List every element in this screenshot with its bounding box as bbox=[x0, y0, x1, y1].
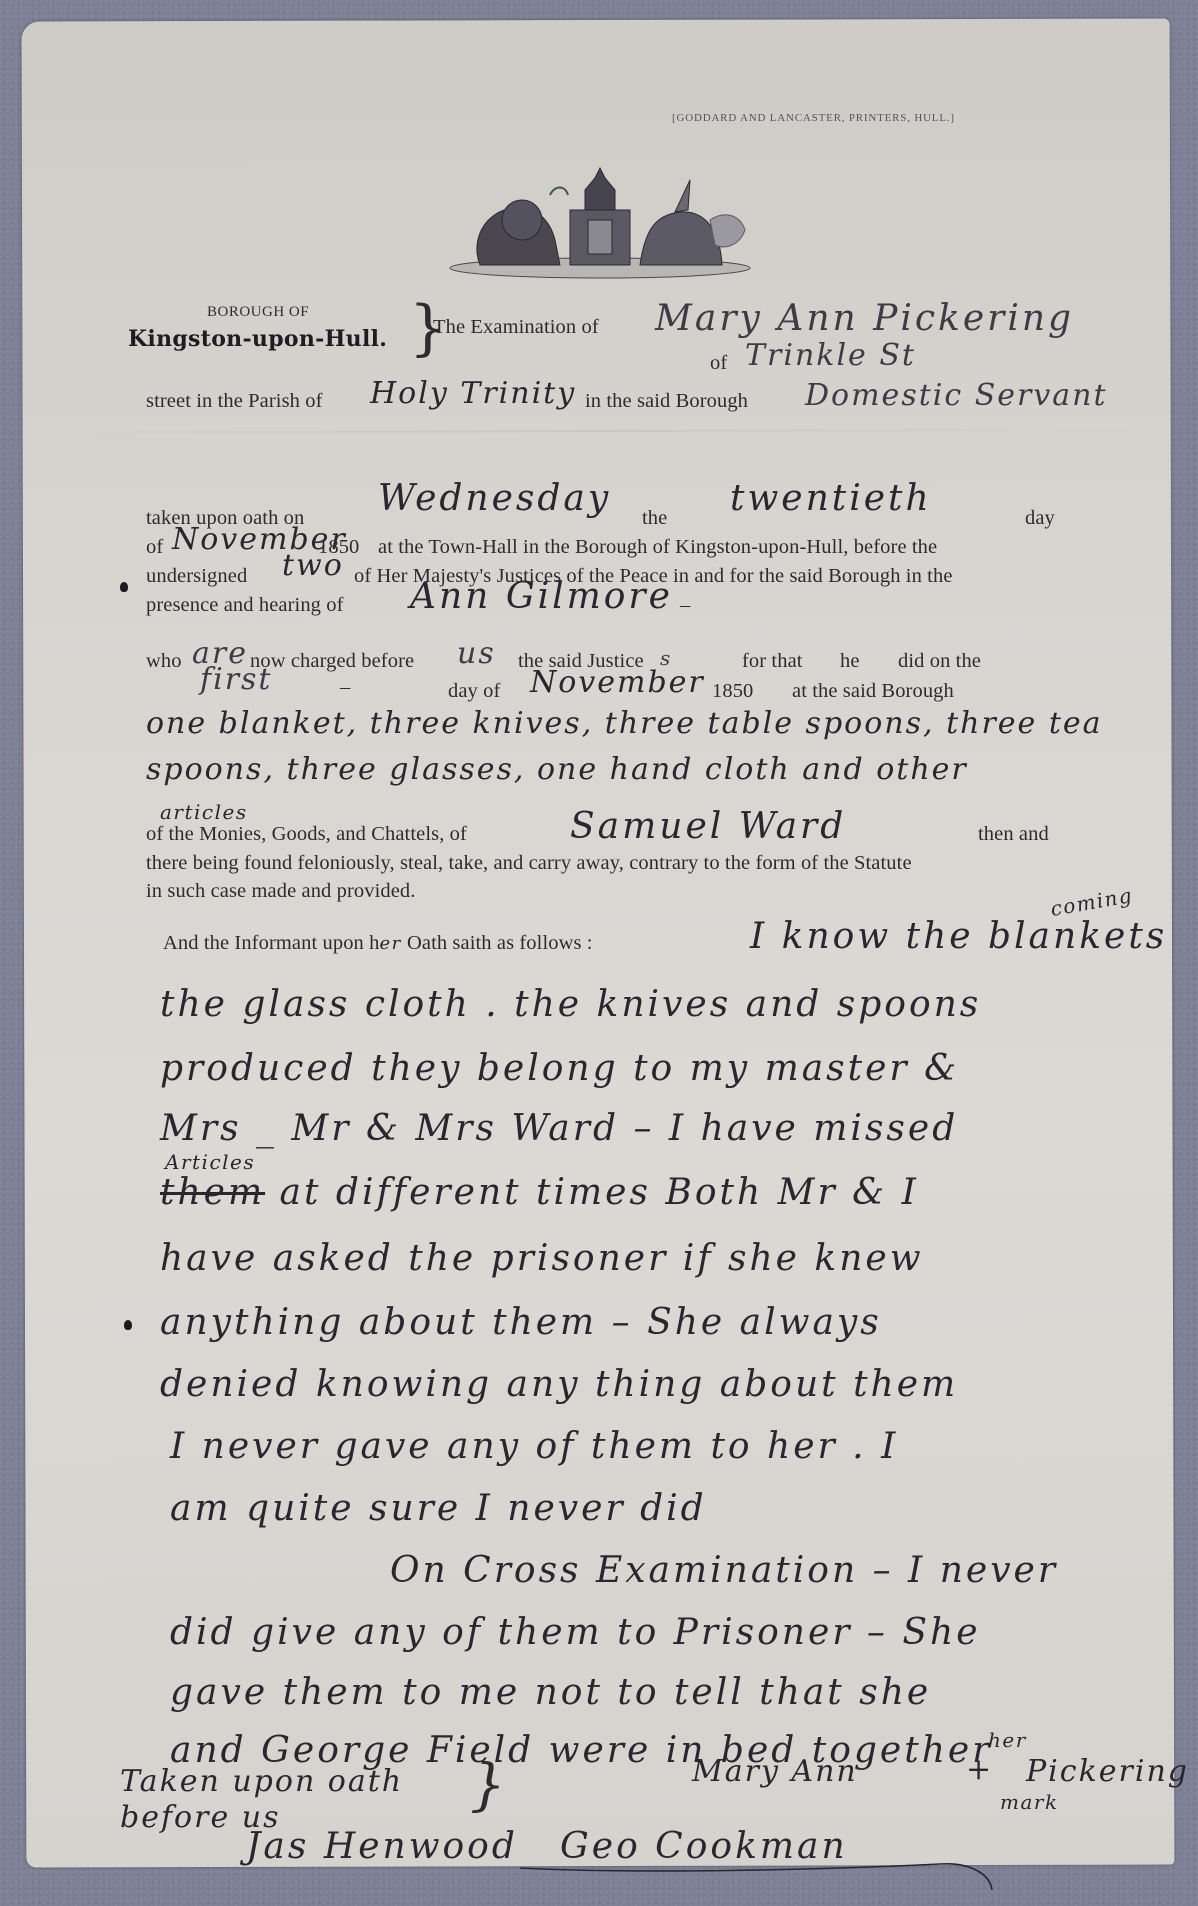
testimony-intro-rest: Oath saith as follows : bbox=[402, 932, 593, 954]
he-label: he bbox=[840, 650, 860, 673]
townhall-text: at the Town-Hall in the Borough of Kings… bbox=[378, 536, 937, 559]
then-and-label: then and bbox=[978, 823, 1049, 846]
street-prefix: street in the Parish of bbox=[146, 390, 323, 413]
testimony-line-9: I never gave any of them to her . I bbox=[170, 1426, 898, 1467]
her-label: her bbox=[988, 1728, 1027, 1752]
address-value: Trinkle St bbox=[745, 338, 916, 373]
signature-flourish bbox=[520, 1860, 1000, 1900]
testimony-line-8: denied knowing any thing about them bbox=[160, 1364, 958, 1405]
offence-month-value: November bbox=[530, 665, 705, 700]
presence-label: presence and hearing of bbox=[146, 594, 344, 617]
printer-imprint: [GODDARD AND LANCASTER, PRINTERS, HULL.] bbox=[672, 112, 955, 124]
accused-dash: – bbox=[680, 594, 690, 617]
testimony-intro-her: er bbox=[379, 933, 401, 954]
weekday-value: Wednesday bbox=[378, 478, 611, 519]
testimony-line-2: the glass cloth . the knives and spoons bbox=[160, 984, 981, 1025]
borough-name: Kingston-upon-Hull. bbox=[128, 326, 387, 352]
justice-signature-1: Jas Henwood bbox=[246, 1826, 518, 1867]
informant-surname: Pickering bbox=[1026, 1754, 1189, 1789]
mark-symbol: + bbox=[966, 1752, 993, 1787]
taken-line-1: Taken upon oath bbox=[120, 1764, 403, 1799]
parish-value: Holy Trinity bbox=[370, 376, 576, 411]
testimony-line-12: did give any of them to Prisoner – She bbox=[170, 1612, 981, 1653]
day-label: day bbox=[1025, 507, 1055, 530]
royal-coat-of-arms-icon bbox=[440, 150, 760, 285]
occupation-value: Domestic Servant bbox=[805, 378, 1108, 413]
statute-line-2: in such case made and provided. bbox=[146, 880, 416, 903]
goods-label: of the Monies, Goods, and Chattels, of bbox=[146, 823, 467, 846]
paper-fold bbox=[23, 428, 1171, 433]
borough-of-label: BOROUGH OF bbox=[207, 304, 309, 321]
examination-label: The Examination of bbox=[433, 316, 599, 339]
testimony-line-1: I know the blankets bbox=[750, 916, 1167, 957]
testimony-line-13: gave them to me not to tell that she bbox=[170, 1672, 931, 1713]
did-on-the-label: did on the bbox=[898, 650, 981, 673]
offence-year-value: 1850 bbox=[712, 680, 753, 703]
testimony-line-7: anything about them – She always bbox=[160, 1302, 882, 1343]
accused-name: Ann Gilmore bbox=[410, 576, 673, 617]
before-whom-value: us bbox=[457, 636, 496, 671]
day-of-label: day of bbox=[448, 680, 500, 703]
testimony-line-4: Mrs _ Mr & Mrs Ward – I have missed bbox=[160, 1108, 958, 1149]
of-label: of bbox=[710, 352, 727, 375]
struck-word: them bbox=[160, 1172, 265, 1213]
signature-brace: } bbox=[470, 1758, 506, 1814]
justice-count-value: two bbox=[282, 548, 344, 583]
insert-articles: Articles bbox=[165, 1150, 255, 1174]
owner-name: Samuel Ward bbox=[570, 806, 846, 847]
testimony-line-5: them at different times Both Mr & I bbox=[160, 1172, 919, 1213]
offence-dash: – bbox=[340, 676, 350, 699]
testimony-line-5-text: at different times Both Mr & I bbox=[280, 1172, 919, 1213]
items-line-2: spoons, three glasses, one hand cloth an… bbox=[146, 752, 968, 787]
testimony-line-10: am quite sure I never did bbox=[170, 1488, 707, 1529]
items-insert: articles bbox=[160, 800, 248, 824]
the-label: the bbox=[642, 507, 667, 530]
ink-blot bbox=[124, 1320, 132, 1330]
offence-day-value: first bbox=[200, 662, 273, 697]
at-borough-label: at the said Borough bbox=[792, 680, 954, 703]
who-label: who bbox=[146, 650, 182, 673]
now-charged-label: now charged before bbox=[250, 650, 414, 673]
mark-label: mark bbox=[1000, 1790, 1059, 1814]
testimony-intro: And the Informant upon her Oath saith as… bbox=[163, 932, 593, 955]
testimony-line-6: have asked the prisoner if she knew bbox=[160, 1238, 924, 1279]
day-ordinal-value: twentieth bbox=[730, 478, 932, 519]
testimony-line-11: On Cross Examination – I never bbox=[390, 1550, 1058, 1591]
statute-line-1: there being found feloniously, steal, ta… bbox=[146, 852, 912, 875]
testimony-intro-start: And the Informant upon h bbox=[163, 932, 379, 954]
items-line-1: one blanket, three knives, three table s… bbox=[146, 706, 1103, 741]
in-borough-label: in the said Borough bbox=[585, 390, 748, 413]
of-month-label: of bbox=[146, 536, 163, 559]
informant-first-name: Mary Ann bbox=[692, 1754, 858, 1789]
examinee-name: Mary Ann Pickering bbox=[655, 298, 1074, 339]
for-that-label: for that bbox=[742, 650, 803, 673]
undersigned-label: undersigned bbox=[146, 565, 247, 588]
ink-blot bbox=[120, 582, 128, 592]
testimony-line-3: produced they belong to my master & bbox=[160, 1048, 959, 1089]
